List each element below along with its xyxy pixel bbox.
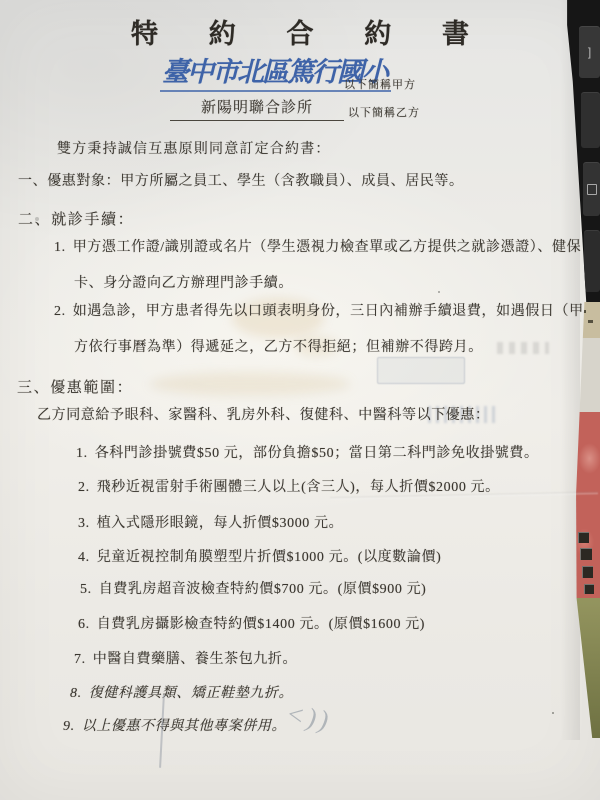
- discount-item-7: 7.中醫自費藥膳、養生茶包九折。: [74, 648, 297, 668]
- magazine-glyph: [580, 548, 592, 560]
- discount-item-9: 9.以上優惠不得與其他專案併用。: [63, 715, 286, 735]
- contract-title: 特 約 合 約 書: [0, 12, 600, 51]
- item-number: 5.: [80, 582, 92, 597]
- photographed-contract-page: ] 特 約 合 約 書 臺中市北區篤行國小 以下簡稱甲方 新陽明聯合診所 以下簡…: [0, 0, 600, 800]
- item-number: 9.: [63, 719, 75, 734]
- item-text: 兒童近視控制角膜塑型片折價$1000 元。(以度數論價): [97, 550, 442, 565]
- discount-item-2: 2.飛秒近視雷射手術團體三人以上(含三人)，每人折價$2000 元。: [78, 476, 500, 496]
- item-number: 6.: [78, 617, 90, 632]
- keyboard-key: [583, 162, 600, 216]
- keyboard-key: [581, 92, 600, 148]
- item-text: 復健科護具類、矯正鞋墊九折。: [89, 686, 293, 701]
- item-number: 2.: [54, 304, 66, 319]
- item-number: 8.: [70, 686, 82, 701]
- magazine-print-speck: [588, 320, 593, 323]
- enter-key-icon: [587, 184, 597, 195]
- item-text: 以上優惠不得與其他專案併用。: [82, 719, 286, 734]
- clause-3-heading: 三、優惠範圍：: [17, 376, 133, 397]
- item-text: 甲方憑工作證/識別證或名片（學生憑視力檢查單或乙方提供之就診憑證）、健保: [73, 240, 582, 255]
- item-text: 飛秒近視雷射手術團體三人以上(含三人)，每人折價$2000 元。: [97, 480, 500, 495]
- pencil-mark: <)): [284, 698, 334, 736]
- clause-3-intro: 乙方同意給予眼科、家醫科、乳房外科、復健科、中醫科等以下優惠：: [37, 404, 490, 424]
- item-text: 如遇急診，甲方患者得先以口頭表明身份，三日內補辦手續退費，如遇假日（甲: [73, 304, 584, 319]
- item-number: 7.: [74, 652, 86, 667]
- magazine-glyph: [582, 566, 593, 578]
- item-number: 1.: [54, 240, 66, 255]
- clause-1: 一、優惠對象：甲方所屬之員工、學生（含教職員）、成員、居民等。: [18, 170, 464, 190]
- keyboard-key: [584, 230, 600, 292]
- discount-item-6: 6.自費乳房攝影檢查特約價$1400 元。(原價$1600 元): [78, 613, 425, 633]
- clause-2-item-2-line-2: 方依行事曆為準）得遞延之，乙方不得拒絕；但補辦不得跨月。: [74, 336, 483, 356]
- clause-2-heading: 二、就診手續：: [18, 208, 134, 229]
- paper-stain: [150, 372, 350, 396]
- item-text: 中醫自費藥膳、養生茶包九折。: [93, 652, 297, 667]
- show-through-marks: [497, 342, 549, 354]
- clause-2-item-1-line-1: 1.甲方憑工作證/識別證或名片（學生憑視力檢查單或乙方提供之就診憑證）、健保: [54, 236, 581, 256]
- discount-item-8: 8.復健科護具類、矯正鞋墊九折。: [70, 682, 293, 702]
- party-a-suffix: 以下簡稱甲方: [344, 76, 416, 92]
- magazine-glyph: [584, 584, 594, 594]
- preamble: 雙方秉持誠信互惠原則同意訂定合約書：: [57, 138, 331, 158]
- item-number: 1.: [76, 446, 88, 461]
- item-text: 自費乳房攝影檢查特約價$1400 元。(原價$1600 元): [97, 617, 425, 632]
- discount-item-4: 4.兒童近視控制角膜塑型片折價$1000 元。(以度數論價): [78, 546, 441, 566]
- item-number: 2.: [78, 480, 90, 495]
- item-number: 3.: [78, 516, 90, 531]
- item-number: 4.: [78, 550, 90, 565]
- item-text: 自費乳房超音波檢查特約價$700 元。(原價$900 元): [99, 582, 427, 597]
- discount-item-5: 5.自費乳房超音波檢查特約價$700 元。(原價$900 元): [80, 578, 426, 598]
- dust-speck: [552, 712, 554, 714]
- show-through-stamp: [377, 357, 465, 384]
- party-b-name: 新陽明聯合診所: [170, 96, 344, 121]
- party-b-suffix: 以下簡稱乙方: [348, 104, 420, 120]
- item-text: 各科門診掛號費$50 元，部份負擔$50；當日第二科門診免收掛號費。: [95, 446, 539, 461]
- discount-item-1: 1.各科門診掛號費$50 元，部份負擔$50；當日第二科門診免收掛號費。: [76, 442, 539, 462]
- magazine-glyph: [578, 532, 589, 543]
- discount-item-3: 3.植入式隱形眼鏡，每人折價$3000 元。: [78, 512, 343, 532]
- clause-2-item-1-line-2: 卡、身分證向乙方辦理門診手續。: [74, 272, 293, 292]
- item-text: 植入式隱形眼鏡，每人折價$3000 元。: [97, 516, 344, 531]
- clause-2-item-2-line-1: 2.如遇急診，甲方患者得先以口頭表明身份，三日內補辦手續退費，如遇假日（甲: [54, 300, 584, 320]
